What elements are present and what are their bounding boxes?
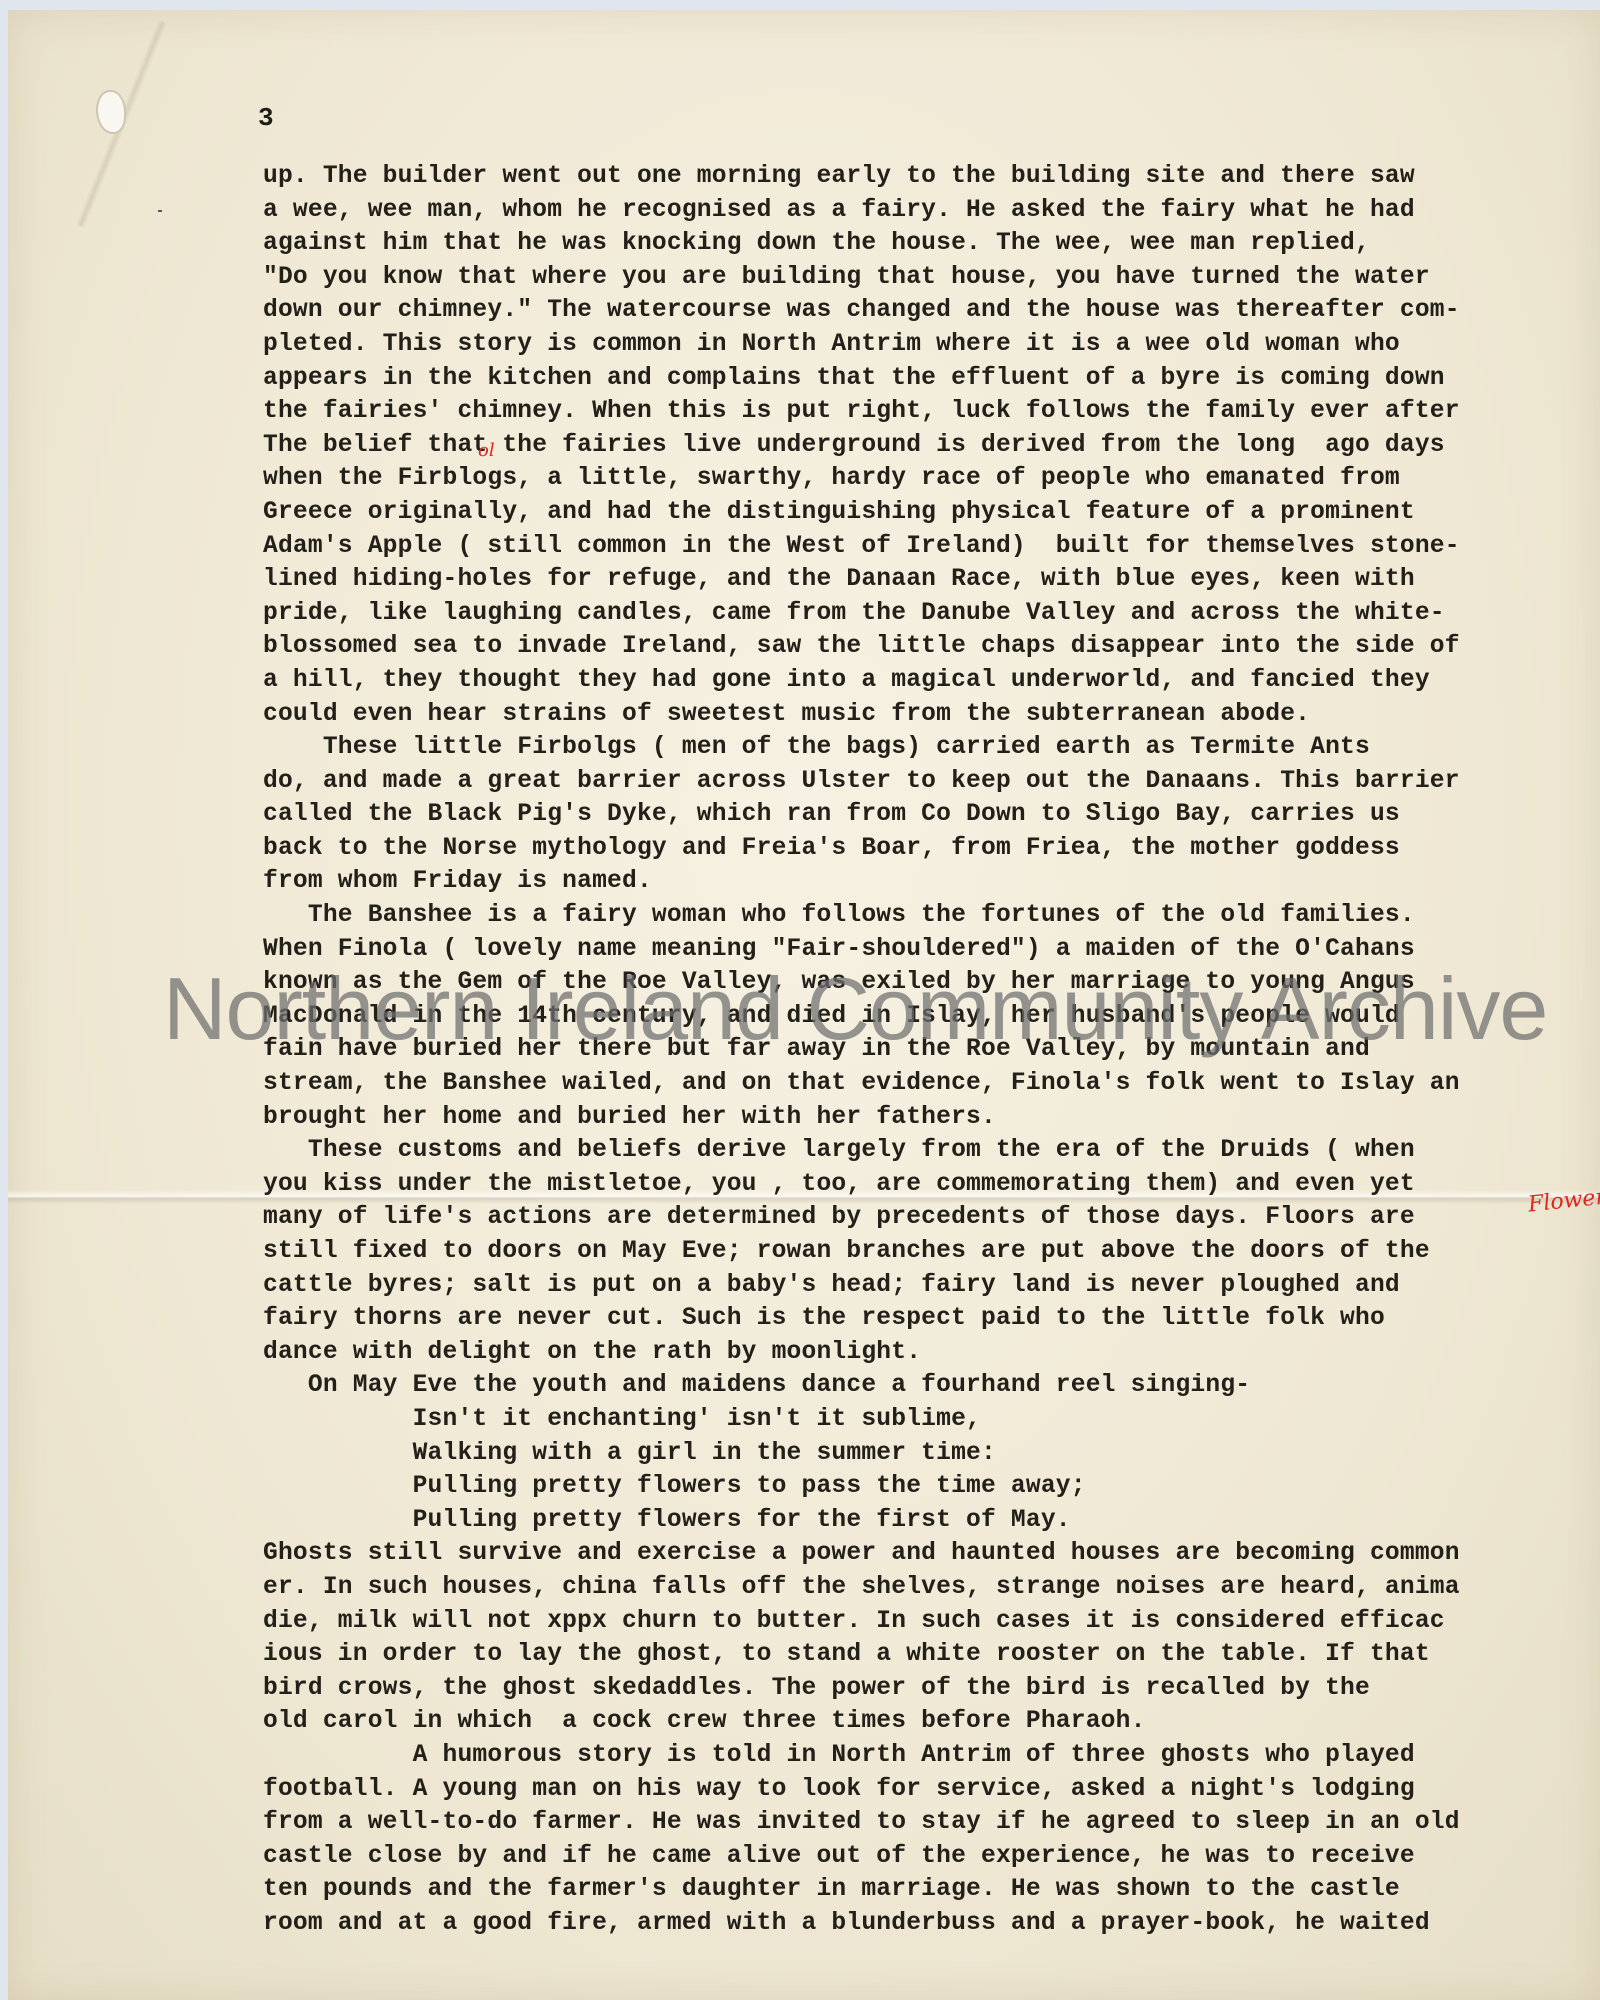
text-line: Ghosts still survive and exercise a powe… xyxy=(263,1537,1600,1571)
page-number: 3 xyxy=(258,103,274,133)
text-line: blossomed sea to invade Ireland, saw the… xyxy=(263,630,1600,664)
text-line: lined hiding-holes for refuge, and the D… xyxy=(263,563,1600,597)
text-line: football. A young man on his way to look… xyxy=(263,1773,1600,1807)
text-line: brought her home and buried her with her… xyxy=(263,1101,1600,1135)
text-line: back to the Norse mythology and Freia's … xyxy=(263,832,1600,866)
text-line: could even hear strains of sweetest musi… xyxy=(263,698,1600,732)
text-line: you kiss under the mistletoe, you , too,… xyxy=(263,1168,1600,1202)
archive-watermark: Northern Ireland Community Archive xyxy=(163,958,1547,1060)
text-line: These little Firbolgs ( men of the bags)… xyxy=(263,731,1600,765)
text-line: up. The builder went out one morning ear… xyxy=(263,160,1600,194)
text-line: the fairies' chimney. When this is put r… xyxy=(263,395,1600,429)
text-line: from whom Friday is named. xyxy=(263,865,1600,899)
text-line: ten pounds and the farmer's daughter in … xyxy=(263,1873,1600,1907)
text-line: Pulling pretty flowers to pass the time … xyxy=(263,1470,1600,1504)
text-line: appears in the kitchen and complains tha… xyxy=(263,362,1600,396)
text-line: when the Firblogs, a little, swarthy, ha… xyxy=(263,462,1600,496)
text-line: dance with delight on the rath by moonli… xyxy=(263,1336,1600,1370)
text-line: room and at a good fire, armed with a bl… xyxy=(263,1907,1600,1941)
text-line: pride, like laughing candles, came from … xyxy=(263,597,1600,631)
scanned-document-page: 3 up. The builder went out one morning e… xyxy=(8,10,1600,2000)
text-line: stream, the Banshee wailed, and on that … xyxy=(263,1067,1600,1101)
text-line: still fixed to doors on May Eve; rowan b… xyxy=(263,1235,1600,1269)
text-line: pleted. This story is common in North An… xyxy=(263,328,1600,362)
text-line: On May Eve the youth and maidens dance a… xyxy=(263,1369,1600,1403)
text-line: called the Black Pig's Dyke, which ran f… xyxy=(263,798,1600,832)
text-line: These customs and beliefs derive largely… xyxy=(263,1134,1600,1168)
text-line: from a well-to-do farmer. He was invited… xyxy=(263,1806,1600,1840)
text-line: a hill, they thought they had gone into … xyxy=(263,664,1600,698)
text-line: castle close by and if he came alive out… xyxy=(263,1840,1600,1874)
text-line: Adam's Apple ( still common in the West … xyxy=(263,530,1600,564)
margin-mark xyxy=(158,210,162,212)
text-line: A humorous story is told in North Antrim… xyxy=(263,1739,1600,1773)
text-line: er. In such houses, china falls off the … xyxy=(263,1571,1600,1605)
text-line: against him that he was knocking down th… xyxy=(263,227,1600,261)
text-line: The Banshee is a fairy woman who follows… xyxy=(263,899,1600,933)
text-line: a wee, wee man, whom he recognised as a … xyxy=(263,194,1600,228)
text-line: fairy thorns are never cut. Such is the … xyxy=(263,1302,1600,1336)
text-line: bird crows, the ghost skedaddles. The po… xyxy=(263,1672,1600,1706)
punch-hole xyxy=(96,90,126,134)
text-line: Isn't it enchanting' isn't it sublime, xyxy=(263,1403,1600,1437)
text-line: ious in order to lay the ghost, to stand… xyxy=(263,1638,1600,1672)
text-line: "Do you know that where you are building… xyxy=(263,261,1600,295)
text-line: Greece originally, and had the distingui… xyxy=(263,496,1600,530)
text-line: die, milk will not xppx churn to butter.… xyxy=(263,1605,1600,1639)
text-line: many of life's actions are determined by… xyxy=(263,1201,1600,1235)
text-line: down our chimney." The watercourse was c… xyxy=(263,294,1600,328)
text-line: cattle byres; salt is put on a baby's he… xyxy=(263,1269,1600,1303)
text-line: Pulling pretty flowers for the first of … xyxy=(263,1504,1600,1538)
red-correction-ol: ol xyxy=(478,440,495,461)
text-line: old carol in which a cock crew three tim… xyxy=(263,1705,1600,1739)
text-line: do, and made a great barrier across Ulst… xyxy=(263,765,1600,799)
text-line: Walking with a girl in the summer time: xyxy=(263,1437,1600,1471)
text-line: The belief that the fairies live undergr… xyxy=(263,429,1600,463)
